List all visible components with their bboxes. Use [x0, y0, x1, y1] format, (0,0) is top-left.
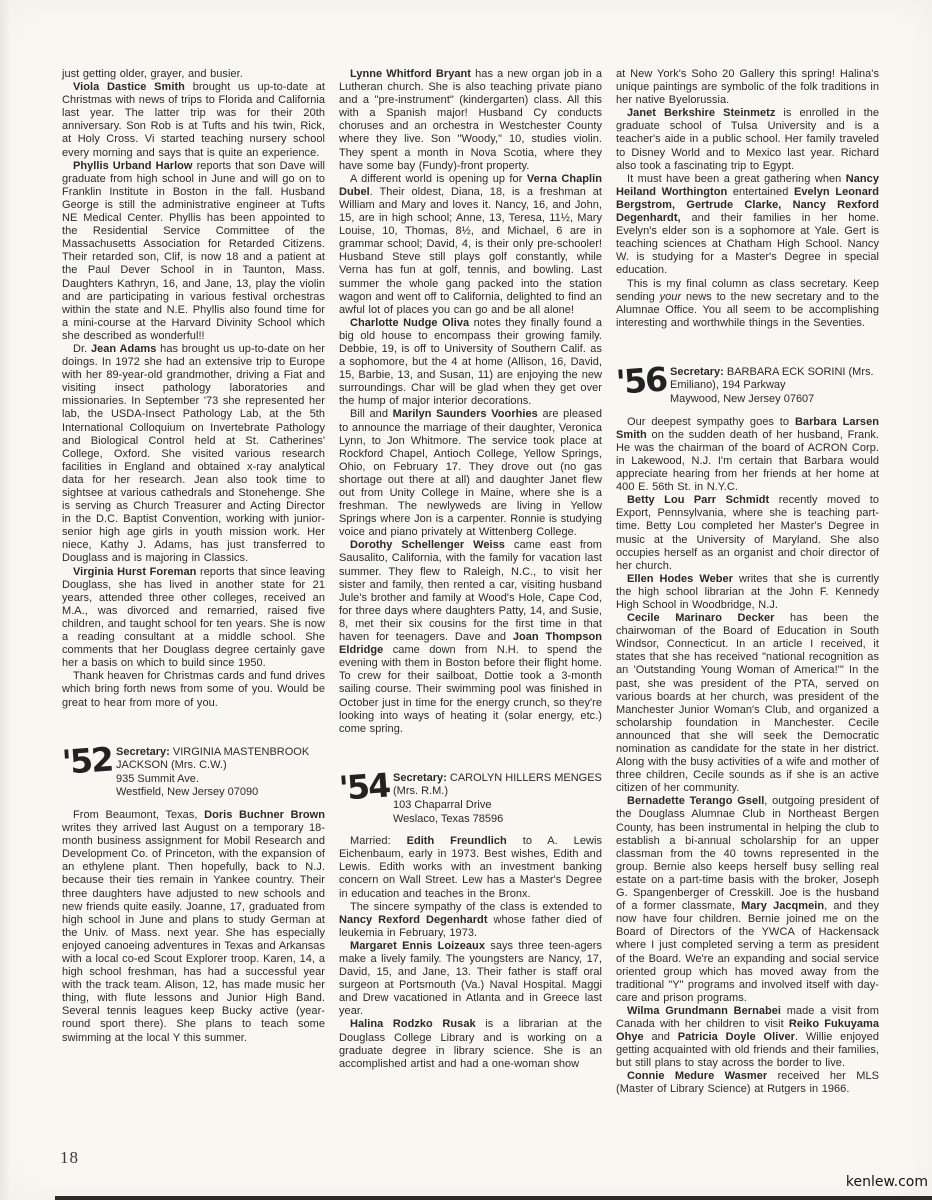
column-3: at New York's Soho 20 Gallery this sprin…	[616, 68, 879, 1097]
person-name: Viola Dastice Smith	[73, 81, 185, 93]
person-name: Halina Rodzko Rusak	[350, 1018, 476, 1030]
watermark: kenlew.com	[846, 1174, 928, 1190]
column-2: Lynne Whitford Bryant has a new organ jo…	[339, 68, 602, 1097]
text-run: reports that son Dave will graduate from…	[62, 160, 325, 342]
person-name: Ellen Hodes Weber	[627, 573, 733, 585]
secretary-line: Maywood, New Jersey 07607	[670, 393, 879, 407]
text-run: Married:	[350, 835, 407, 847]
text-run: Thank heaven for Christmas cards and fun…	[62, 670, 325, 708]
secretary-block: Secretary: BARBARA ECK SORINI (Mrs. Emil…	[670, 364, 879, 407]
secretary-block: Secretary: CAROLYN HILLERS MENGES (Mrs. …	[393, 770, 602, 826]
text-run: Dr.	[73, 343, 91, 355]
paragraph: Cecile Marinaro Decker has been the chai…	[616, 612, 879, 795]
class-year-numeral: '54	[338, 768, 394, 806]
person-name: Nancy Rexford Degenhardt	[339, 914, 488, 926]
secretary-line: 935 Summit Ave.	[116, 773, 325, 787]
text-run: A different world is opening up for	[350, 173, 527, 185]
secretary-line: Weslaco, Texas 78596	[393, 813, 602, 827]
class-year-header-56: '56Secretary: BARBARA ECK SORINI (Mrs. E…	[616, 364, 879, 407]
columns-container: just getting older, grayer, and busier.V…	[62, 68, 879, 1097]
text-run: , and they now have four children. Berni…	[616, 900, 879, 1004]
person-name: Dorothy Schellenger Weiss	[350, 539, 505, 551]
person-name: Virginia Hurst Foreman	[73, 566, 196, 578]
paragraph: Betty Lou Parr Schmidt recently moved to…	[616, 494, 879, 573]
secretary-line: Westfield, New Jersey 07090	[116, 786, 325, 800]
person-name: Connie Medure Wasmer	[627, 1070, 767, 1082]
text-run: your	[660, 291, 682, 303]
text-run: . Their oldest, Diana, 18, is a freshman…	[339, 186, 602, 316]
paragraph: Bill and Marilyn Saunders Voorhies are p…	[339, 408, 602, 539]
paragraph: The sincere sympathy of the class is ext…	[339, 901, 602, 940]
class-year-header-54: '54Secretary: CAROLYN HILLERS MENGES (Mr…	[339, 770, 602, 826]
person-name: Lynne Whitford Bryant	[350, 68, 471, 80]
text-run: reports that since leaving Douglass, she…	[62, 566, 325, 670]
secretary-label: Secretary:	[393, 772, 450, 784]
person-name: Cecile Marinaro Decker	[627, 612, 774, 624]
text-run: has a new organ job in a Lutheran church…	[339, 68, 602, 172]
paragraph: Phyllis Urband Harlow reports that son D…	[62, 160, 325, 343]
person-name: Charlotte Nudge Oliva	[350, 317, 469, 329]
text-run: and	[644, 1031, 678, 1043]
magazine-page: just getting older, grayer, and busier.V…	[0, 0, 932, 1200]
text-run: are pleased to announce the marriage of …	[339, 408, 602, 538]
person-name: Marilyn Saunders Voorhies	[393, 408, 538, 420]
secretary-line: 103 Chaparral Drive	[393, 799, 602, 813]
text-run: came east from Sausalito, California, wi…	[339, 539, 602, 643]
page-bottom-edge	[55, 1196, 932, 1200]
paragraph: Dr. Jean Adams has brought us up-to-date…	[62, 343, 325, 566]
secretary-label: Secretary:	[670, 366, 727, 378]
paragraph: Janet Berkshire Steinmetz is enrolled in…	[616, 107, 879, 172]
paragraph: at New York's Soho 20 Gallery this sprin…	[616, 68, 879, 107]
text-run: has been the chairwoman of the Board of …	[616, 612, 879, 794]
text-run: entertained	[727, 186, 794, 198]
page-number: 18	[60, 1148, 79, 1168]
text-run: notes they finally found a big old house…	[339, 317, 602, 408]
person-name: Betty Lou Parr Schmidt	[627, 494, 769, 506]
person-name: Janet Berkshire Steinmetz	[627, 107, 775, 119]
paragraph: Viola Dastice Smith brought us up-to-dat…	[62, 81, 325, 160]
text-run: It must have been a great gathering when	[627, 173, 846, 185]
paragraph: Margaret Ennis Loizeaux says three teen-…	[339, 940, 602, 1019]
paragraph: This is my final column as class secreta…	[616, 278, 879, 330]
paragraph: Bernadette Terango Gsell, outgoing presi…	[616, 795, 879, 1005]
text-run: The sincere sympathy of the class is ext…	[350, 901, 602, 913]
paragraph: Charlotte Nudge Oliva notes they finally…	[339, 317, 602, 409]
paragraph: Wilma Grundmann Bernabei made a visit fr…	[616, 1005, 879, 1070]
person-name: Jean Adams	[91, 343, 156, 355]
person-name: Mary Jacqmein	[741, 900, 824, 912]
paragraph: Dorothy Schellenger Weiss came east from…	[339, 539, 602, 735]
text-run: came down from N.H. to spend the evening…	[339, 644, 602, 735]
person-name: Phyllis Urband Harlow	[73, 160, 193, 172]
paragraph: From Beaumont, Texas, Doris Buchner Brow…	[62, 809, 325, 1045]
text-run: on the sudden death of her husband, Fran…	[616, 429, 879, 493]
text-run: at New York's Soho 20 Gallery this sprin…	[616, 68, 879, 106]
secretary-line: Secretary: VIRGINIA MASTENBROOK JACKSON …	[116, 746, 325, 773]
person-name: Margaret Ennis Loizeaux	[350, 940, 485, 952]
paragraph: A different world is opening up for Vern…	[339, 173, 602, 317]
text-run: writes they arrived last August on a tem…	[62, 822, 325, 1044]
person-name: Doris Buchner Brown	[204, 809, 325, 821]
text-run: Our deepest sympathy goes to	[627, 416, 795, 428]
paragraph: Our deepest sympathy goes to Barbara Lar…	[616, 416, 879, 495]
paragraph: Virginia Hurst Foreman reports that sinc…	[62, 566, 325, 671]
person-name: Patricia Doyle Oliver	[678, 1031, 795, 1043]
person-name: Wilma Grundmann Bernabei	[627, 1005, 781, 1017]
class-year-numeral: '52	[61, 742, 117, 780]
class-year-header-52: '52Secretary: VIRGINIA MASTENBROOK JACKS…	[62, 744, 325, 800]
text-run: From Beaumont, Texas,	[73, 809, 204, 821]
secretary-label: Secretary:	[116, 746, 173, 758]
class-year-numeral: '56	[615, 362, 671, 400]
paragraph: Married: Edith Freundlich to A. Lewis Ei…	[339, 835, 602, 900]
secretary-block: Secretary: VIRGINIA MASTENBROOK JACKSON …	[116, 744, 325, 800]
paragraph: Lynne Whitford Bryant has a new organ jo…	[339, 68, 602, 173]
secretary-line: Secretary: BARBARA ECK SORINI (Mrs. Emil…	[670, 366, 879, 393]
text-run: Bill and	[350, 408, 393, 420]
paragraph: Halina Rodzko Rusak is a librarian at th…	[339, 1018, 602, 1070]
person-name: Edith Freundlich	[407, 835, 507, 847]
person-name: Bernadette Terango Gsell	[627, 795, 764, 807]
paragraph: It must have been a great gathering when…	[616, 173, 879, 278]
text-run: has brought us up-to-date on her doings.…	[62, 343, 325, 565]
text-run: just getting older, grayer, and busier.	[62, 68, 243, 80]
paragraph: Ellen Hodes Weber writes that she is cur…	[616, 573, 879, 612]
paragraph: just getting older, grayer, and busier.	[62, 68, 325, 81]
paragraph: Thank heaven for Christmas cards and fun…	[62, 670, 325, 709]
paragraph: Connie Medure Wasmer received her MLS (M…	[616, 1070, 879, 1096]
text-run: , outgoing president of the Douglass Alu…	[616, 795, 879, 912]
secretary-line: Secretary: CAROLYN HILLERS MENGES (Mrs. …	[393, 772, 602, 799]
column-1: just getting older, grayer, and busier.V…	[62, 68, 325, 1097]
